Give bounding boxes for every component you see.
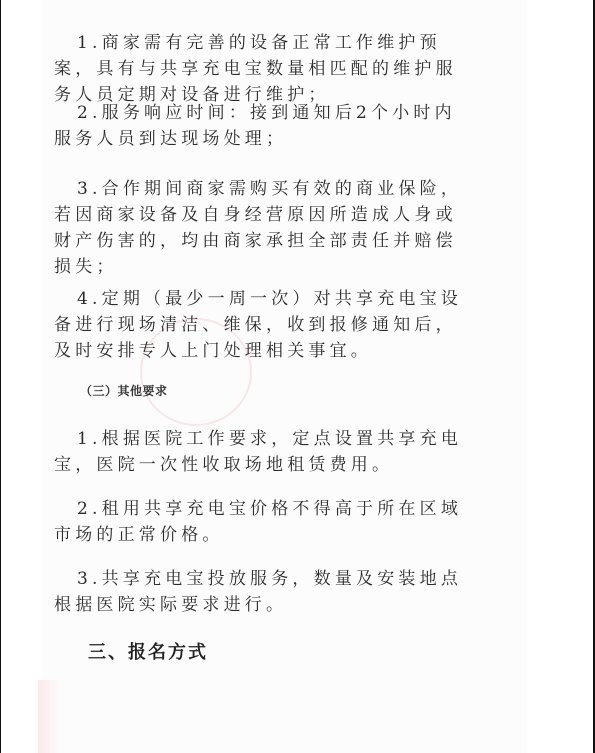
- other-requirement-item-1: 1.根据医院工作要求，定点设置共享充电宝，医院一次性收取场地租赁费用。: [54, 426, 474, 478]
- requirement-item-4: 4.定期（最少一周一次）对共享充电宝设备进行现场清洁、维保，收到报修通知后，及时…: [54, 286, 474, 364]
- requirement-item-2: 2.服务响应时间：接到通知后2个小时内服务人员到达现场处理；: [54, 100, 474, 152]
- other-requirement-item-2: 2.租用共享充电宝价格不得高于所在区域市场的正常价格。: [54, 496, 474, 548]
- requirement-item-1: 1.商家需有完善的设备正常工作维护预案，具有与共享充电宝数量相匹配的维护服务人员…: [54, 30, 474, 108]
- other-requirement-item-3: 3.共享充电宝投放服务，数量及安装地点根据医院实际要求进行。: [54, 566, 474, 618]
- section-heading-registration: 三、报名方式: [88, 638, 208, 664]
- requirement-item-3: 3.合作期间商家需购买有效的商业保险，若因商家设备及自身经营原因所造成人身或财产…: [54, 176, 474, 280]
- paper-edge-tint: [38, 680, 62, 753]
- subsection-title-other-requirements: （三）其他要求: [80, 382, 168, 399]
- left-frame-border: [0, 0, 1, 753]
